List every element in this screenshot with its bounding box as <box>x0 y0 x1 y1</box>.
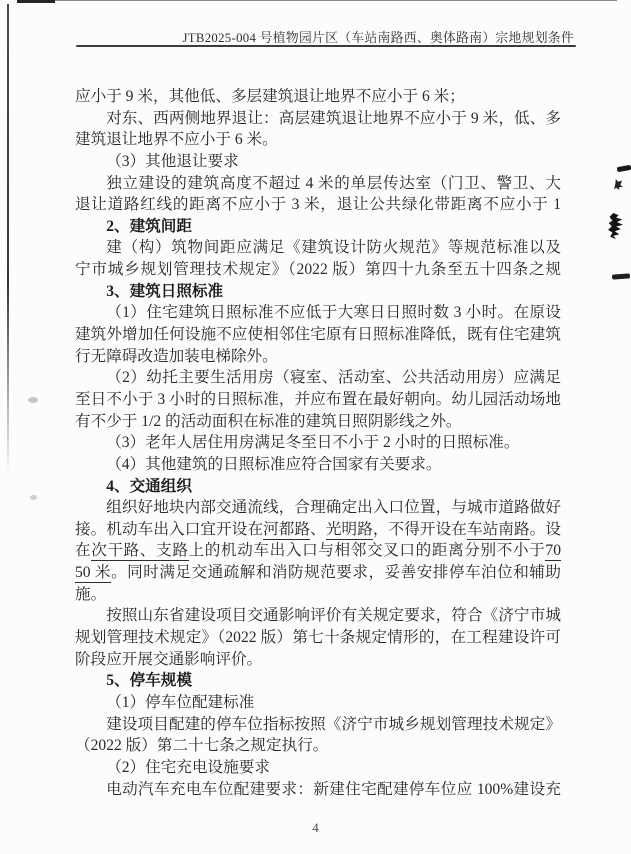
text-segment: 建（构）筑物间距应满足《建筑设计防火规范》等规范标准以及《济 <box>106 239 561 259</box>
text-segment: 独立建设的建筑高度不超过 4 米的单层传达室（门卫、警卫、大门） <box>106 175 561 195</box>
text-segment: 按照山东省建设项目交通影响评价有关规定要求，符合《济宁市城乡 <box>106 607 561 627</box>
scan-smudge-dash-2 <box>612 273 630 279</box>
text-line: 5、停车规模 <box>75 670 561 692</box>
text-segment: 4、交通组织 <box>106 478 192 495</box>
text-line: （4）其他建筑的日照标准应符合国家有关要求。 <box>75 454 561 476</box>
text-segment: 上的机动车出入口与相邻交叉口的距离分别不小于 <box>189 542 546 559</box>
scan-smudge-dash-1 <box>617 165 631 172</box>
text-line: （1）住宅建筑日照标准不应低于大寒日日照时数 3 小时。在原设计 <box>75 302 561 324</box>
document-header-title: JTB2025-004 号植物园片区（车站南路西、奥体路南）宗地规划条件 <box>182 27 574 46</box>
text-line: 对东、西两侧地界退让：高层建筑退让地界不应小于 9 米，低、多层 <box>75 108 561 130</box>
text-segment: 在 <box>75 542 91 559</box>
scan-speck-1 <box>28 397 38 403</box>
text-segment: （2）幼托主要生活用房（寝室、活动室、公共活动用房）应满足冬 <box>106 369 561 389</box>
text-line: 退让道路红线的距离不应小于 3 米，退让公共绿化带距离不应小于 1 米。 <box>75 194 561 216</box>
text-line: 有不少于 1/2 的活动面积在标准的建筑日照阴影线之外。 <box>75 411 561 433</box>
text-segment: 2、建筑间距 <box>106 218 192 235</box>
page-number: 4 <box>0 820 631 836</box>
text-segment: 规划管理技术规定》（2022 版）第七十条规定情形的，在工程建设许可 <box>75 629 561 646</box>
underlined-text: 河都路 <box>263 521 310 540</box>
header-rule <box>76 45 576 47</box>
text-line: （2）住宅充电设施要求 <box>75 757 561 779</box>
scan-smudge-blob <box>608 213 623 239</box>
text-line: （3）其他退让要求 <box>75 151 561 173</box>
scan-smudge-top-left <box>17 0 55 3</box>
text-line: （1）停车位配建标准 <box>75 692 561 714</box>
underlined-text: 车站南路 <box>467 521 530 540</box>
text-segment: 施。 <box>75 586 106 603</box>
underlined-text: 50 米 <box>75 564 111 583</box>
text-line: 应小于 9 米，其他低、多层建筑退让地界不应小于 6 米； <box>75 86 561 108</box>
scan-speck-2 <box>30 495 37 500</box>
text-line: 接。机动车出入口宜开设在河都路、光明路，不得开设在车站南路。设置 <box>75 519 561 541</box>
scan-edge-line-top <box>17 0 617 1</box>
text-line: 在次干路、支路上的机动车出入口与相邻交叉口的距离分别不小于70 米、 <box>75 540 561 562</box>
scan-edge-line-left <box>7 4 9 474</box>
text-segment: 建设项目配建的停车位指标按照《济宁市城乡规划管理技术规定》 <box>106 716 561 733</box>
text-segment: （1）住宅建筑日照标准不应低于大寒日日照时数 3 小时。在原设计 <box>106 304 561 324</box>
text-segment: ，不得开设在 <box>373 521 467 538</box>
text-segment: 阶段应开展交通影响评价。 <box>75 651 262 668</box>
text-line: 建设项目配建的停车位指标按照《济宁市城乡规划管理技术规定》 <box>75 714 561 736</box>
text-segment: （1）停车位配建标准 <box>106 694 254 711</box>
text-segment: （3）老年人居住用房满足冬至日不小于 2 小时的日照标准。 <box>106 434 519 451</box>
text-segment: 应小于 9 米，其他低、多层建筑退让地界不应小于 6 米； <box>75 88 465 105</box>
text-line: 50 米。同时满足交通疏解和消防规范要求，妥善安排停车泊位和辅助设 <box>75 562 561 584</box>
text-segment: （2）住宅充电设施要求 <box>106 759 270 776</box>
text-segment: 建筑退让地界不应小于 6 米。 <box>75 131 278 148</box>
text-line: 2、建筑间距 <box>75 216 561 238</box>
text-line: 至日不小于 3 小时的日照标准，并应布置在最好朝向。幼儿园活动场地应 <box>75 389 561 411</box>
text-segment: 宁市城乡规划管理技术规定》（2022 版）第四十九条至五十四条之规定。 <box>75 261 561 281</box>
text-segment: 电动汽车充电车位配建要求：新建住宅配建停车位应 100%建设充电 <box>106 781 561 801</box>
text-segment: 至日不小于 3 小时的日照标准，并应布置在最好朝向。幼儿园活动场地应 <box>75 391 561 411</box>
text-line: 3、建筑日照标准 <box>75 281 561 303</box>
text-line: （2）幼托主要生活用房（寝室、活动室、公共活动用房）应满足冬 <box>75 367 561 389</box>
text-line: （3）老年人居住用房满足冬至日不小于 2 小时的日照标准。 <box>75 432 561 454</box>
text-segment: 接。机动车出入口宜开设在 <box>75 521 263 538</box>
text-segment: 行无障碍改造加装电梯除外。 <box>75 348 278 365</box>
text-line: 组织好地块内部交通流线，合理确定出入口位置，与城市道路做好衔 <box>75 497 561 519</box>
text-line: 4、交通组织 <box>75 476 561 498</box>
text-segment: 对东、西两侧地界退让：高层建筑退让地界不应小于 9 米，低、多层 <box>106 110 561 130</box>
text-segment: 3、建筑日照标准 <box>106 283 223 300</box>
text-segment: 建筑外增加任何设施不应使相邻住宅原有日照标准降低，既有住宅建筑进 <box>75 326 561 346</box>
text-segment: （4）其他建筑的日照标准应符合国家有关要求。 <box>106 456 441 473</box>
underlined-text: 次干路、支路 <box>91 542 188 561</box>
text-line: 独立建设的建筑高度不超过 4 米的单层传达室（门卫、警卫、大门） <box>75 173 561 195</box>
text-line: 宁市城乡规划管理技术规定》（2022 版）第四十九条至五十四条之规定。 <box>75 259 561 281</box>
text-line: 规划管理技术规定》（2022 版）第七十条规定情形的，在工程建设许可 <box>75 627 561 649</box>
text-line: 建（构）筑物间距应满足《建筑设计防火规范》等规范标准以及《济 <box>75 237 561 259</box>
text-segment: 退让道路红线的距离不应小于 3 米，退让公共绿化带距离不应小于 1 米。 <box>75 196 561 216</box>
scan-smudge-tick <box>614 179 623 190</box>
text-line: 建筑退让地界不应小于 6 米。 <box>75 129 561 151</box>
text-segment: 组织好地块内部交通流线，合理确定出入口位置，与城市道路做好衔 <box>106 499 561 519</box>
text-segment: 、 <box>310 521 326 538</box>
text-segment: 5、停车规模 <box>106 672 192 689</box>
underlined-text: 光明路 <box>326 521 373 540</box>
scanned-document-page: JTB2025-004 号植物园片区（车站南路西、奥体路南）宗地规划条件 应小于… <box>0 0 631 854</box>
text-line: 阶段应开展交通影响评价。 <box>75 649 561 671</box>
text-line: 按照山东省建设项目交通影响评价有关规定要求，符合《济宁市城乡 <box>75 605 561 627</box>
text-line: 电动汽车充电车位配建要求：新建住宅配建停车位应 100%建设充电 <box>75 779 561 801</box>
text-segment: （2022 版）第二十七条之规定执行。 <box>75 737 328 754</box>
text-line: 施。 <box>75 584 561 606</box>
text-line: （2022 版）第二十七条之规定执行。 <box>75 735 561 757</box>
text-segment: 有不少于 1/2 的活动面积在标准的建筑日照阴影线之外。 <box>75 413 461 430</box>
text-line: 行无障碍改造加装电梯除外。 <box>75 346 561 368</box>
text-line: 建筑外增加任何设施不应使相邻住宅原有日照标准降低，既有住宅建筑进 <box>75 324 561 346</box>
text-segment: （3）其他退让要求 <box>106 153 239 170</box>
document-body: 应小于 9 米，其他低、多层建筑退让地界不应小于 6 米；对东、西两侧地界退让：… <box>75 86 561 800</box>
text-segment: 。同时满足交通疏解和消防规范要求，妥善安排停车泊位和辅助设 <box>75 564 561 584</box>
